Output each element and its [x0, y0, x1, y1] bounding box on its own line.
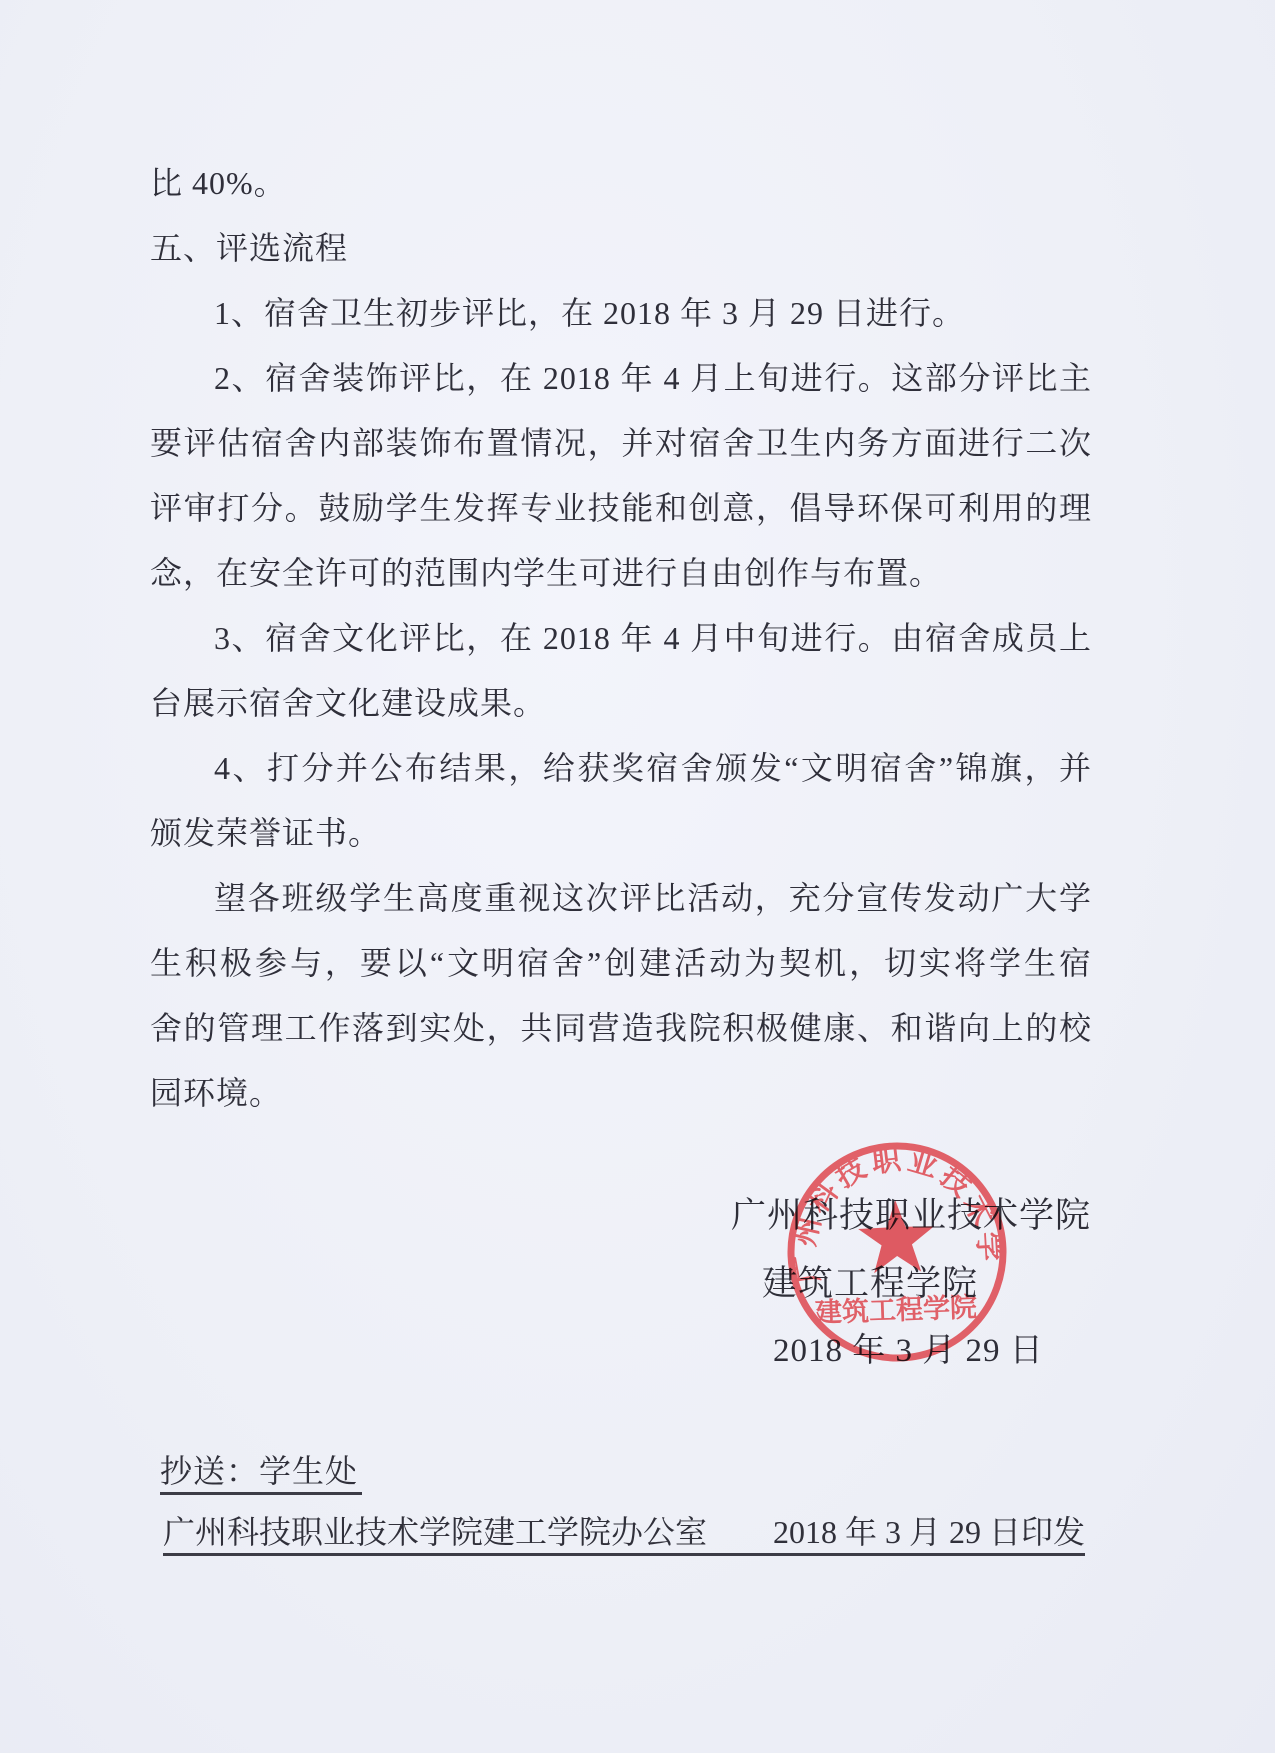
body-line: 念，在安全许可的范围内学生可进行自由创作与布置。	[150, 553, 1092, 593]
footer-cc-text: 抄送：学生处	[160, 1453, 358, 1489]
body-line: 3、宿舍文化评比，在 2018 年 4 月中旬进行。由宿舍成员上	[150, 618, 1092, 658]
scanned-document-page: 比 40%。五、评选流程1、宿舍卫生初步评比，在 2018 年 3 月 29 日…	[0, 0, 1275, 1753]
official-seal-stamp: 广州科技职业技术学院 建筑工程学院	[760, 1115, 1033, 1388]
body-line: 1、宿舍卫生初步评比，在 2018 年 3 月 29 日进行。	[150, 293, 1092, 333]
body-line: 园环境。	[150, 1073, 1092, 1113]
footer-cc-line: 抄送：学生处	[160, 1453, 362, 1495]
footer-issue-line: 广州科技职业技术学院建工学院办公室 2018 年 3 月 29 日印发	[163, 1514, 1085, 1556]
body-line: 评审打分。鼓励学生发挥专业技能和创意，倡导环保可利用的理	[150, 488, 1092, 528]
body-line: 望各班级学生高度重视这次评比活动，充分宣传发动广大学	[150, 878, 1092, 918]
body-line: 舍的管理工作落到实处，共同营造我院积极健康、和谐向上的校	[150, 1008, 1092, 1048]
footer-issue-office: 广州科技职业技术学院建工学院办公室	[163, 1514, 707, 1550]
body-line: 4、打分并公布结果，给获奖宿舍颁发“文明宿舍”锦旗，并	[150, 748, 1092, 788]
body-line: 2、宿舍装饰评比，在 2018 年 4 月上旬进行。这部分评比主	[150, 358, 1092, 398]
body-line: 比 40%。	[150, 163, 1092, 203]
seal-center-label: 建筑工程学院	[815, 1291, 978, 1328]
footer-issue-date: 2018 年 3 月 29 日印发	[773, 1514, 1085, 1550]
body-line: 生积极参与，要以“文明宿舍”创建活动为契机，切实将学生宿	[150, 943, 1092, 983]
body-line: 要评估宿舍内部装饰布置情况，并对宿舍卫生内务方面进行二次	[150, 423, 1092, 463]
body-line: 五、评选流程	[150, 228, 1092, 268]
body-line: 台展示宿舍文化建设成果。	[150, 683, 1092, 723]
seal-star-icon	[857, 1199, 935, 1274]
body-line: 颁发荣誉证书。	[150, 813, 1092, 853]
